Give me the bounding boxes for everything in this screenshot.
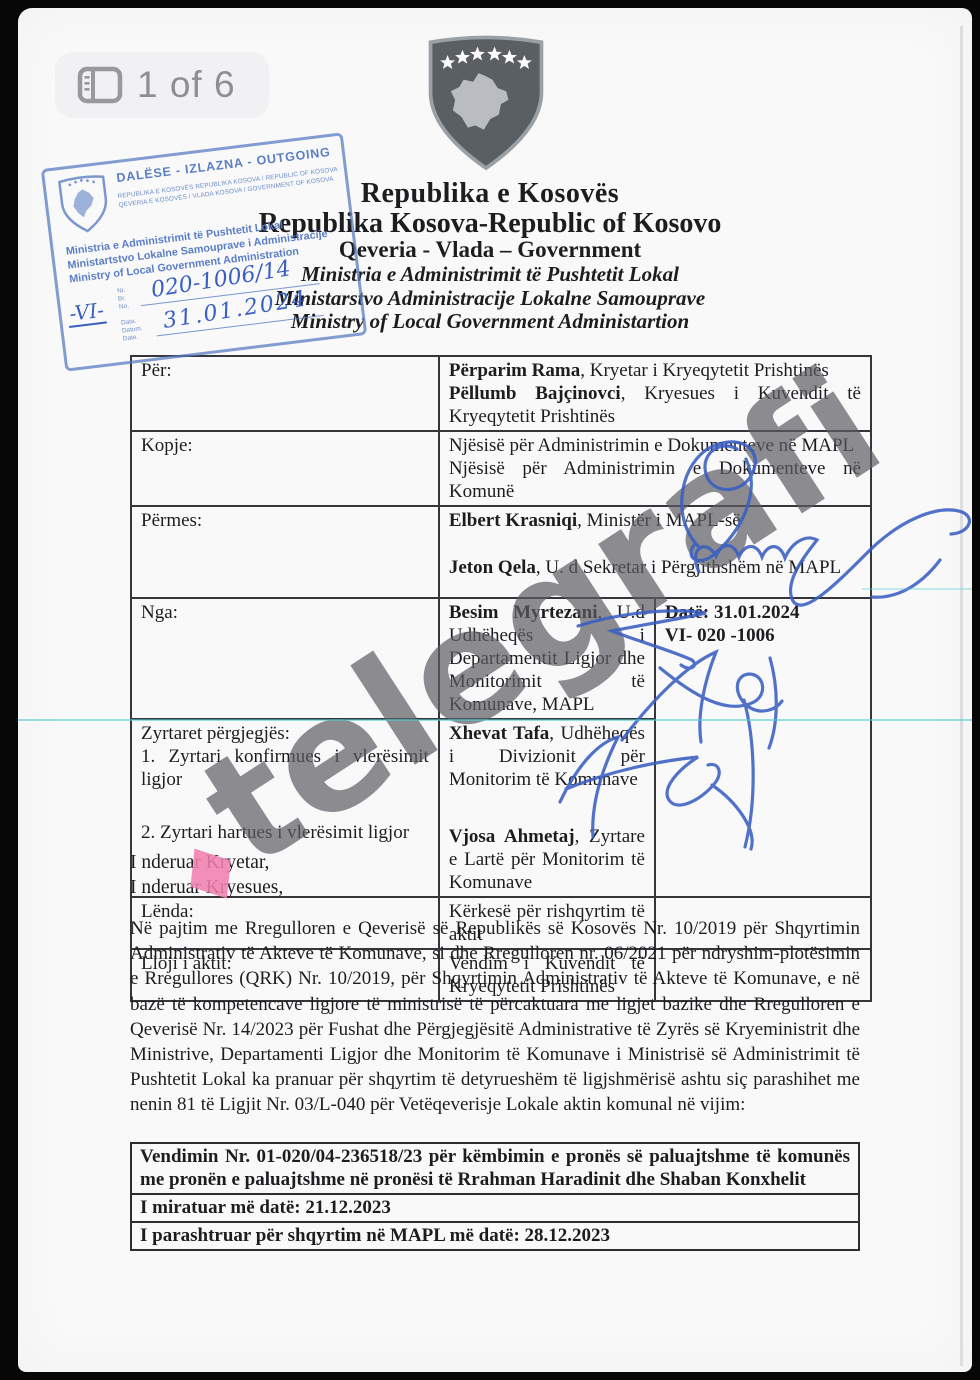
table-row: Nga: Besim Myrtezani, U.d Udhëheqës i De… [131, 598, 871, 719]
decision-box: Vendimin Nr. 01-020/04-236518/23 për këm… [130, 1142, 860, 1251]
thumbnails-sidebar-icon [77, 66, 123, 104]
row-label: Nga: [131, 598, 439, 719]
stamp-date-label: Date. [123, 334, 139, 343]
stamp-no-label: No. [119, 303, 130, 312]
row-content: Njësisë për Administrimin e Dokumenteve … [439, 431, 871, 506]
scan-artifact-line-small [862, 588, 972, 590]
scan-page-edge [960, 26, 963, 1366]
decision-submitted-date: I parashtruar për shqyrtim në MAPL më da… [132, 1221, 858, 1249]
table-row: Përmes: Elbert Krasniqi, Ministër i MAPL… [131, 506, 871, 598]
kosovo-coat-of-arms [422, 30, 550, 175]
row-content: Xhevat Tafa, Udhëheqës i Divizionit për … [439, 719, 655, 897]
row-label: Kopje: [131, 431, 439, 506]
row-label: Përmes: [131, 506, 439, 598]
row-content: Elbert Krasniqi, Ministër i MAPL-së Jeto… [439, 506, 871, 598]
stamp-roman-numeral: -VI- [66, 298, 107, 328]
routing-table: Për: Përparim Rama, Kryetar i Kryeqyteti… [130, 355, 872, 1002]
document-viewer: Republika e Kosovës Republika Kosova-Rep… [0, 0, 980, 1380]
body-paragraph: Në pajtim me Rregulloren e Qeverisë së R… [130, 916, 860, 1118]
row-label: Për: [131, 356, 439, 431]
outgoing-stamp: DALËSE - IZLAZNA - OUTGOING REPUBLIKA E … [41, 132, 368, 372]
decision-title: Vendimin Nr. 01-020/04-236518/23 për këm… [132, 1144, 858, 1193]
row-content: Përparim Rama, Kryetar i Kryeqytetit Pri… [439, 356, 871, 431]
row-content: Besim Myrtezani, U.d Udhëheqës i Departa… [439, 598, 655, 719]
page-indicator-pill[interactable]: 1 of 6 [55, 52, 269, 118]
table-row: Kopje: Njësisë për Administrimin e Dokum… [131, 431, 871, 506]
stamp-emblem-icon [55, 170, 114, 238]
scan-artifact-line [18, 719, 972, 721]
salutation: I nderuar Kryetar, I nderuar Kryesues, [130, 850, 283, 900]
decision-approved-date: I miratuar më datë: 21.12.2023 [132, 1193, 858, 1221]
date-cell: Datë: 31.01.2024 VI- 020 -1006 [655, 598, 871, 897]
table-row: Për: Përparim Rama, Kryetar i Kryeqyteti… [131, 356, 871, 431]
page-indicator-label: 1 of 6 [137, 64, 236, 106]
